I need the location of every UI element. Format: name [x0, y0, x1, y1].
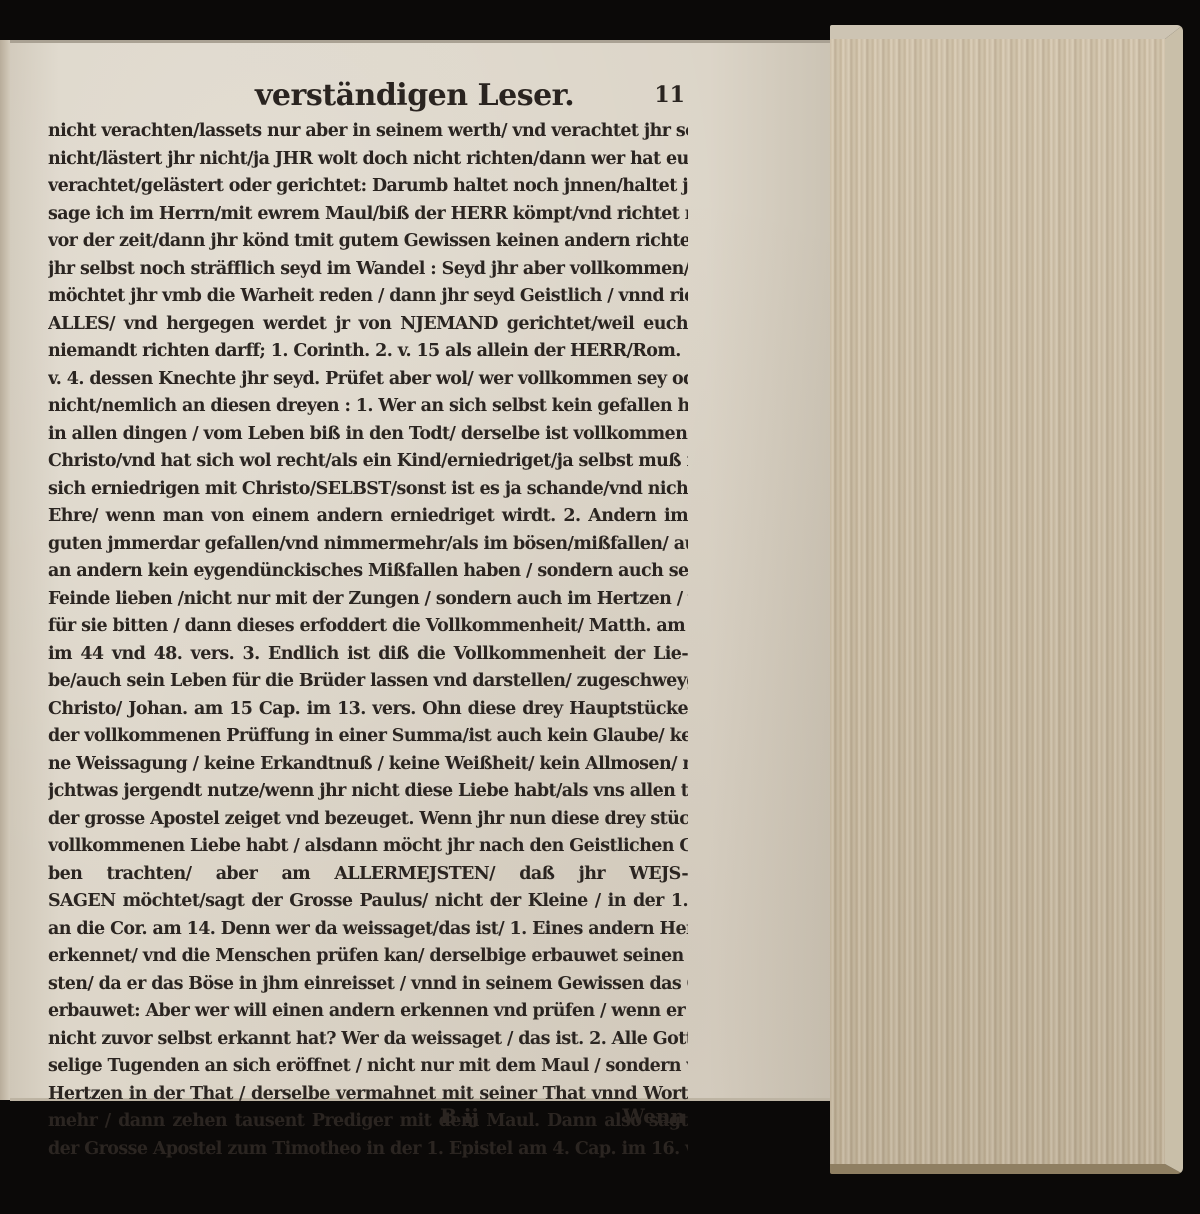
text-line: ben trachten/ aber am ALLERMEJSTEN/ daß … [48, 861, 688, 889]
text-line: für sie bitten / dann dieses erfoddert d… [48, 613, 688, 641]
text-line: jchtwas jergendt nutze/wenn jhr nicht di… [48, 778, 688, 806]
text-line: in allen dingen / vom Leben biß in den T… [48, 421, 688, 449]
text-line: sten/ da er das Böse in jhm einreisset /… [48, 971, 688, 999]
page-number: 11 [654, 82, 685, 108]
text-line: der grosse Apostel zeiget vnd bezeuget. … [48, 806, 688, 834]
text-line: ne Weissagung / keine Erkandtnuß / keine… [48, 751, 688, 779]
catchword: Wenn [622, 1104, 685, 1128]
book-fore-edge [830, 25, 1183, 1174]
text-line: Ehre/ wenn man von einem andern erniedri… [48, 503, 688, 531]
page-footer: B ij Wenn [440, 1104, 685, 1134]
text-line: nicht zuvor selbst erkannt hat? Wer da w… [48, 1026, 688, 1054]
text-line: niemandt richten darff; 1. Corinth. 2. v… [48, 338, 688, 366]
text-line: möchtet jhr vmb die Warheit reden / dann… [48, 283, 688, 311]
text-line: Christo/vnd hat sich wol recht/als ein K… [48, 448, 688, 476]
text-line: SAGEN möchtet/sagt der Grosse Paulus/ ni… [48, 888, 688, 916]
text-line: sich erniedrigen mit Christo/SELBST/sons… [48, 476, 688, 504]
text-line: selige Tugenden an sich eröffnet / nicht… [48, 1053, 688, 1081]
text-line: sage ich im Herrn/mit ewrem Maul/biß der… [48, 201, 688, 229]
running-title: verständigen Leser. [255, 78, 574, 113]
text-line: Feinde lieben /nicht nur mit der Zungen … [48, 586, 688, 614]
text-line: be/auch sein Leben für die Brüder lassen… [48, 668, 688, 696]
text-line: nicht verachten/lassets nur aber in sein… [48, 118, 688, 146]
text-line: nicht/nemlich an diesen dreyen : 1. Wer … [48, 393, 688, 421]
text-line: der vollkommenen Prüffung in einer Summa… [48, 723, 688, 751]
text-line: vollkommenen Liebe habt / alsdann möcht … [48, 833, 688, 861]
text-line: v. 4. dessen Knechte jhr seyd. Prüfet ab… [48, 366, 688, 394]
signature-mark: B ij [440, 1104, 479, 1128]
text-line: erbauwet: Aber wer will einen andern erk… [48, 998, 688, 1026]
text-line: im 44 vnd 48. vers. 3. Endlich ist diß d… [48, 641, 688, 669]
text-line: jhr selbst noch sträfflich seyd im Wande… [48, 256, 688, 284]
body-text: nicht verachten/lassets nur aber in sein… [48, 118, 688, 1163]
text-line: nicht/lästert jhr nicht/ja JHR wolt doch… [48, 146, 688, 174]
text-line: an andern kein eygendünckisches Mißfalle… [48, 558, 688, 586]
text-line: Christo/ Johan. am 15 Cap. im 13. vers. … [48, 696, 688, 724]
text-line: vor der zeit/dann jhr könd tmit gutem Ge… [48, 228, 688, 256]
text-line: verachtet/gelästert oder gerichtet: Daru… [48, 173, 688, 201]
page-header: verständigen Leser. 11 [255, 78, 685, 118]
text-line: ALLES/ vnd hergegen werdet jr von NJEMAN… [48, 311, 688, 339]
text-line: guten jmmerdar gefallen/vnd nimmermehr/a… [48, 531, 688, 559]
text-line: an die Cor. am 14. Denn wer da weissaget… [48, 916, 688, 944]
text-line: erkennet/ vnd die Menschen prüfen kan/ d… [48, 943, 688, 971]
text-line: der Grosse Apostel zum Timotheo in der 1… [48, 1136, 688, 1164]
